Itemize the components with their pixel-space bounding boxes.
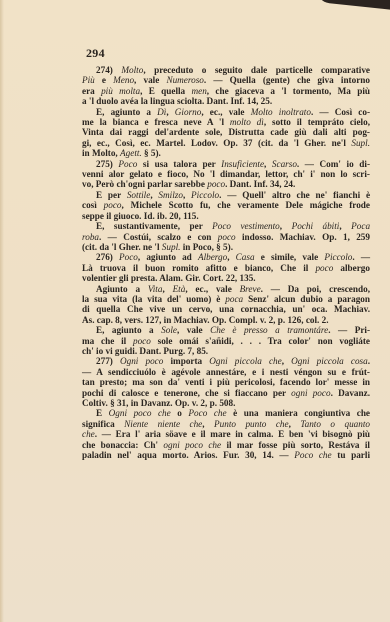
text-line: Più e Meno, vale Numeroso. — Quella (gen… bbox=[82, 75, 370, 85]
text-line: Coltiv. § 31, in Davanz. Op. v. 2, p. 50… bbox=[82, 398, 370, 408]
text-line: E, agiunto a Dì, Giorno, ec., vale Molto… bbox=[82, 107, 370, 117]
text-line: era più molta, E quella men, che giaceva… bbox=[82, 86, 370, 96]
text-line: roba. — Costúi, scalzo e con poco indoss… bbox=[82, 232, 370, 242]
page-corner-shadow bbox=[315, 0, 390, 10]
text-line: volentier gli presta. Alam. Gir. Cort. 2… bbox=[82, 273, 370, 283]
text-line: E, agiunto a Sole, vale Che è presso a t… bbox=[82, 325, 370, 335]
text-line: E Ogni poco che o Poco che è una maniera… bbox=[82, 408, 370, 418]
text-line: — A sendicciuólo è agévole annestáre, e … bbox=[82, 367, 370, 377]
text-line: significa Niente niente che, Punto punto… bbox=[82, 419, 370, 429]
book-page: 294 274) Molto, preceduto o seguito dale… bbox=[0, 0, 390, 622]
text-line: ma che il poco sole omái s'añidi, . . . … bbox=[82, 336, 370, 346]
text-line: Agiunto a Vita, Età, ec., vale Breve. — … bbox=[82, 284, 370, 294]
text-line: venni alor gelato e fioco, No 'l dimanda… bbox=[82, 169, 370, 179]
text-line: As. cap. 8, vers. 127, in Machiav. Op. C… bbox=[82, 315, 370, 325]
text-line: (cit. da 'l Gher. ne 'l Supl. in Poco, §… bbox=[82, 242, 370, 252]
text-line: E per Sottile, Smilzo, Piccolo. — Quell'… bbox=[82, 190, 370, 200]
page-number: 294 bbox=[86, 46, 105, 61]
text-line: di quella Che vive un cervo, una cornacc… bbox=[82, 304, 370, 314]
text-line: me la bianca e fresca neve A 'l molto dì… bbox=[82, 117, 370, 127]
text-line: 275) Poco si usa talora per Insuficiente… bbox=[82, 159, 370, 169]
text-line: paladin nel' aqua morto. Arios. Fur. 30,… bbox=[82, 450, 370, 460]
text-line: che bonaccia: Ch' ogni poco che il mar f… bbox=[82, 440, 370, 450]
text-line: a 'l duolo avéa la lingua sciolta. Dant.… bbox=[82, 96, 370, 106]
text-line: ch' io vi guidi. Dant. Purg. 7, 85. bbox=[82, 346, 370, 356]
text-line: in Molto, Agett. § 5). bbox=[82, 148, 370, 158]
text-line: che. — Era l' aria söave e il mare in ca… bbox=[82, 429, 370, 439]
text-line: la sua vita (la vita del' uomo) è poca S… bbox=[82, 294, 370, 304]
text-line: 276) Poco, agiunto ad Albergo, Casa e si… bbox=[82, 252, 370, 262]
text-line: seppe il giuoco. Id. ib. 20, 115. bbox=[82, 211, 370, 221]
text-line: 277) Ogni poco importa Ogni piccola che,… bbox=[82, 356, 370, 366]
text-line: gi, ec., Così, ec. Martel. Lodov. Op. 37… bbox=[82, 138, 370, 148]
text-line: pochi di calosce e tenerone, che si fiac… bbox=[82, 388, 370, 398]
text-line: vo, Però ch'ogni parlar sarebbe poco. Da… bbox=[82, 179, 370, 189]
text-line: tan presto; ma son da' venti i più peric… bbox=[82, 377, 370, 387]
page-body-text: 274) Molto, preceduto o seguito dale par… bbox=[82, 65, 370, 460]
page-edge bbox=[0, 0, 4, 622]
text-line: 274) Molto, preceduto o seguito dale par… bbox=[82, 65, 370, 75]
text-line: Là truova il buon romito afitto e bianco… bbox=[82, 263, 370, 273]
text-line: Vinta dai raggi del'ardente sole, Distru… bbox=[82, 127, 370, 137]
text-line: E, sustantivamente, per Poco vestimento,… bbox=[82, 221, 370, 231]
text-line: così poco, Michele Scotto fu, che verame… bbox=[82, 200, 370, 210]
